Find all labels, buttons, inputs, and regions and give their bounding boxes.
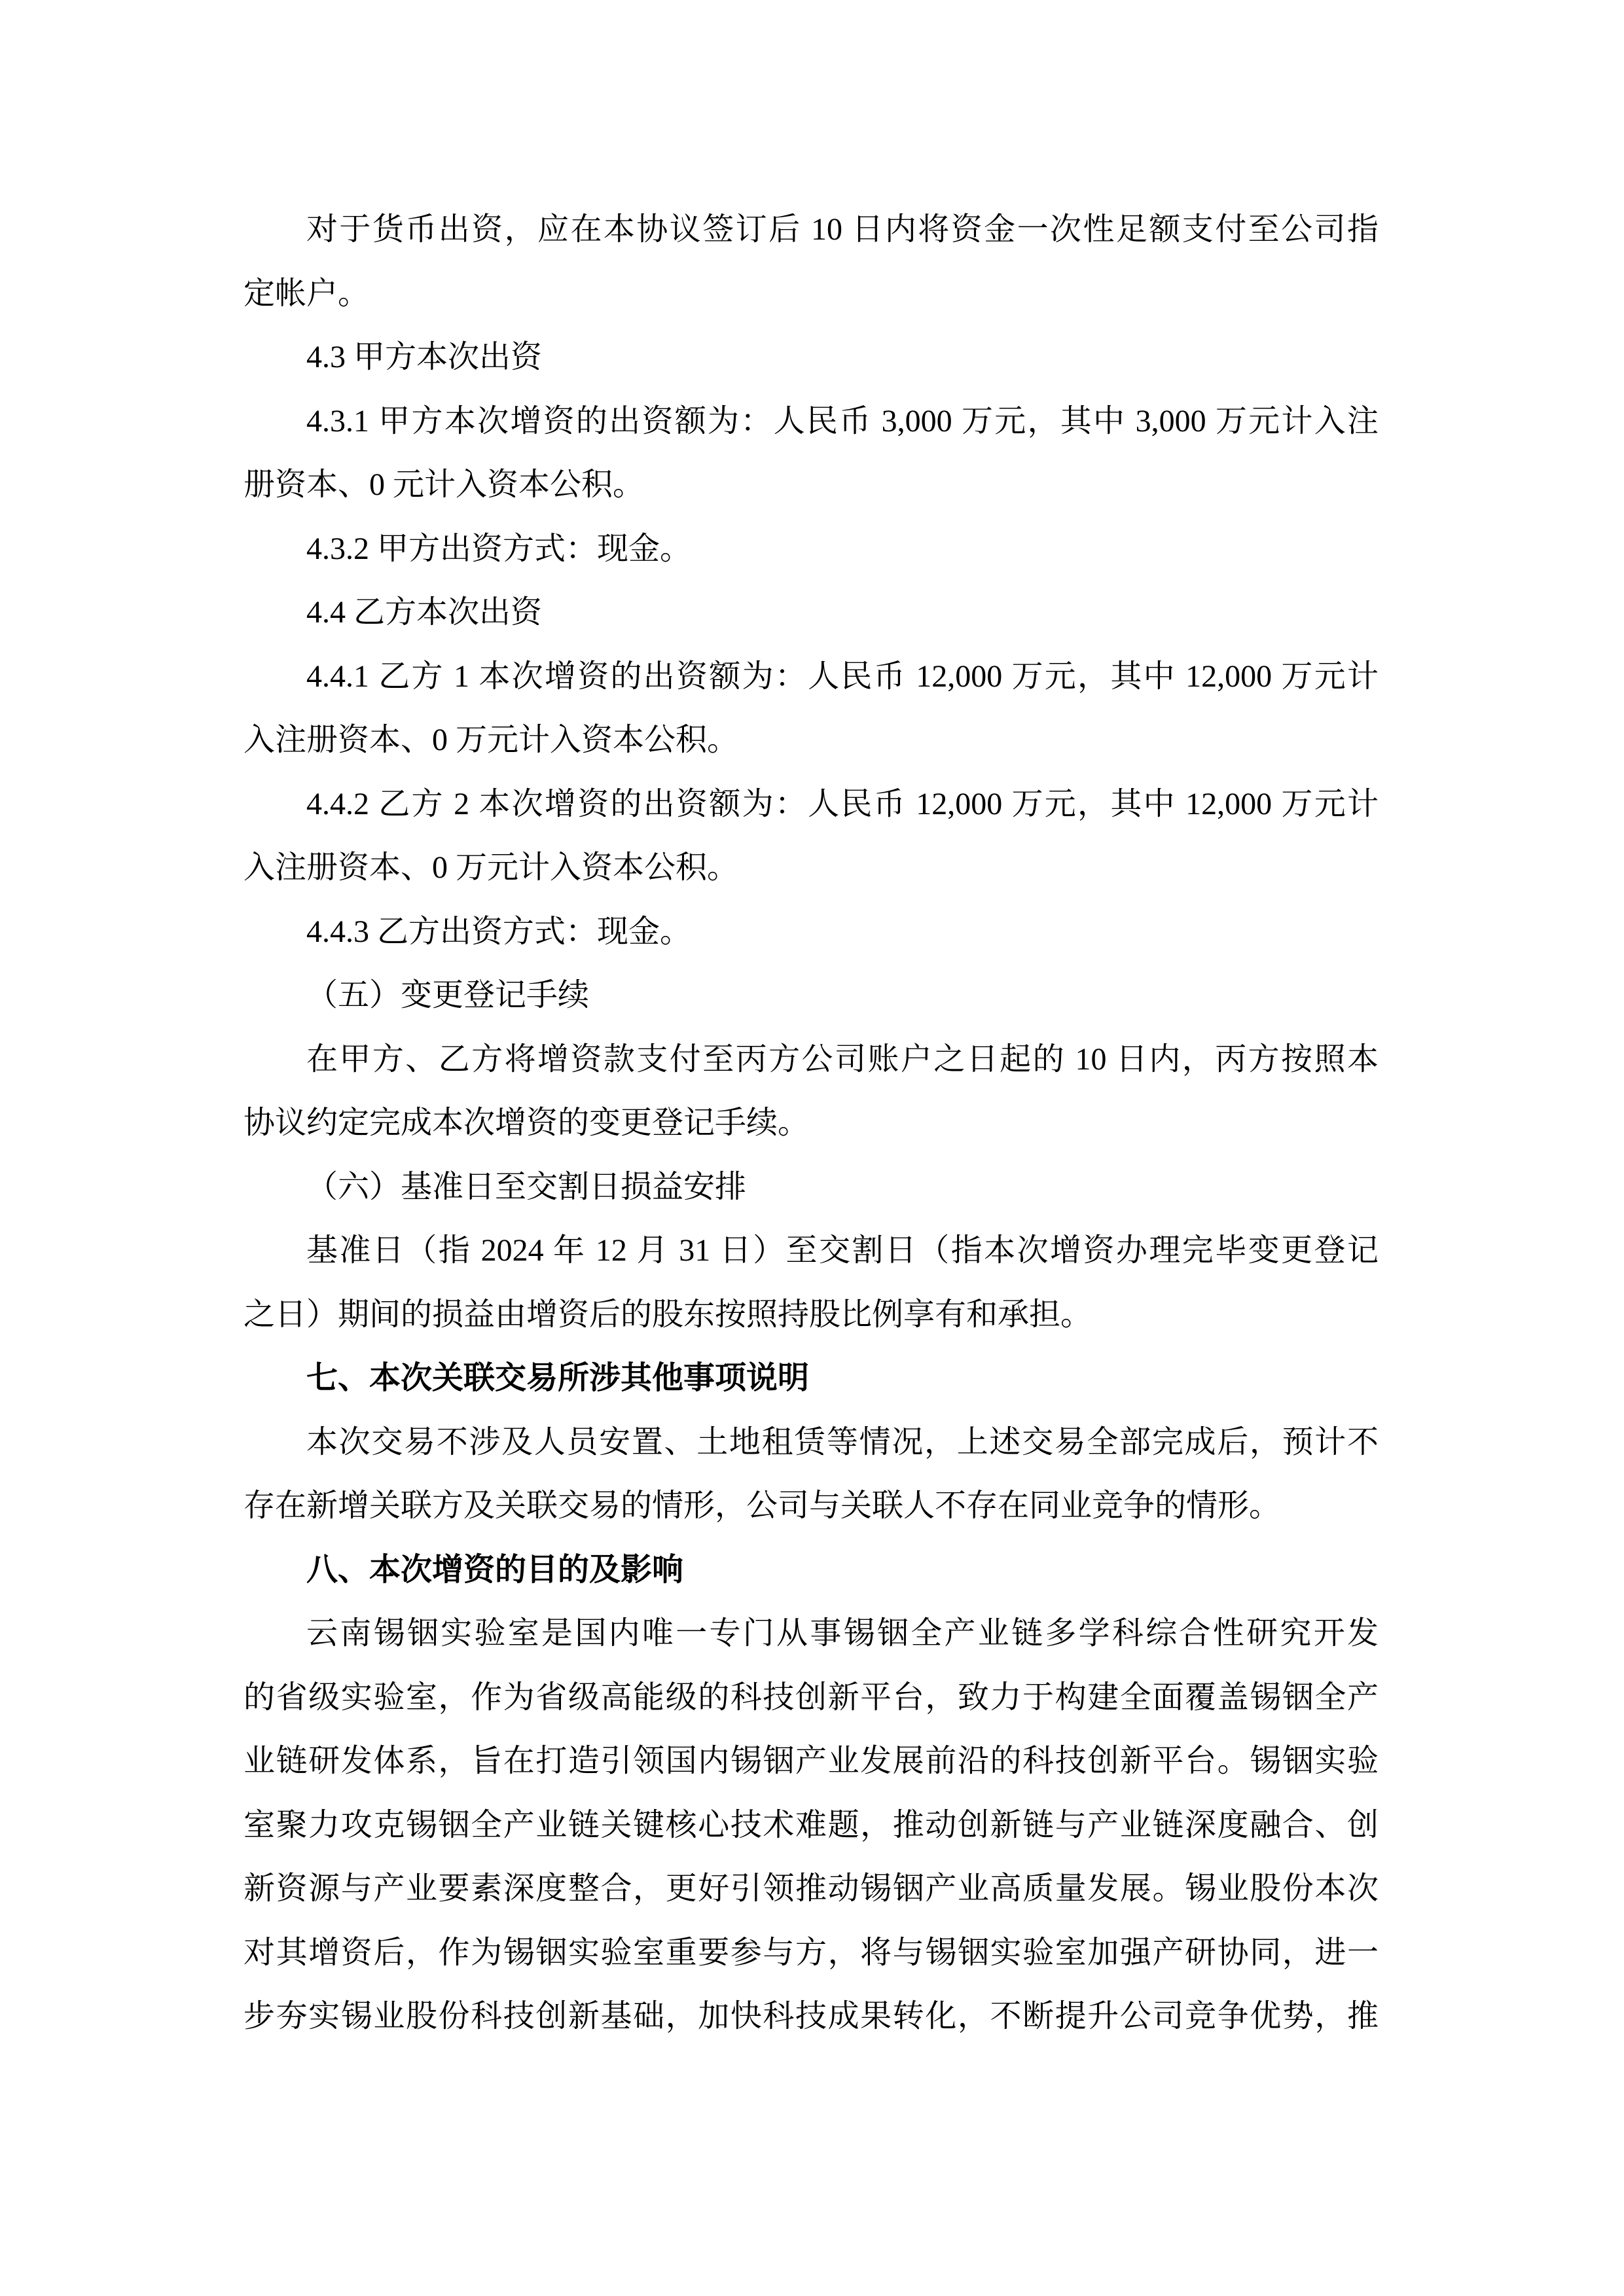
doc-line: 步夯实锡业股份科技创新基础，加快科技成果转化，不断提升公司竞争优势，推 [244,1984,1379,2049]
doc-line: 入注册资本、0 万元计入资本公积。 [244,708,1379,772]
doc-line: 4.4.1 乙方 1 本次增资的出资额为：人民币 12,000 万元，其中 12… [244,645,1379,709]
doc-line: 册资本、0 元计入资本公积。 [244,453,1379,517]
doc-line: 4.4.2 乙方 2 本次增资的出资额为：人民币 12,000 万元，其中 12… [244,772,1379,836]
document-text-block: 对于货币出资，应在本协议签订后 10 日内将资金一次性足额支付至公司指 定帐户。… [244,198,1379,2049]
doc-line: 对其增资后，作为锡铟实验室重要参与方，将与锡铟实验室加强产研协同，进一 [244,1921,1379,1985]
section-heading-8: 八、本次增资的目的及影响 [244,1538,1379,1602]
doc-line: 新资源与产业要素深度整合，更好引领推动锡铟产业高质量发展。锡业股份本次 [244,1857,1379,1921]
document-page: 对于货币出资，应在本协议签订后 10 日内将资金一次性足额支付至公司指 定帐户。… [0,0,1624,2296]
doc-line: 在甲方、乙方将增资款支付至丙方公司账户之日起的 10 日内，丙方按照本 [244,1028,1379,1092]
doc-line: 入注册资本、0 万元计入资本公积。 [244,836,1379,900]
doc-line: 的省级实验室，作为省级高能级的科技创新平台，致力于构建全面覆盖锡铟全产 [244,1666,1379,1730]
doc-line: 本次交易不涉及人员安置、土地租赁等情况，上述交易全部完成后，预计不 [244,1410,1379,1475]
doc-line: 定帐户。 [244,262,1379,326]
doc-line: 之日）期间的损益由增资后的股东按照持股比例享有和承担。 [244,1283,1379,1347]
clause-heading-6: （六）基准日至交割日损益安排 [244,1155,1379,1219]
doc-line: 云南锡铟实验室是国内唯一专门从事锡铟全产业链多学科综合性研究开发 [244,1602,1379,1666]
clause-heading-4-3-2: 4.3.2 甲方出资方式：现金。 [244,517,1379,581]
clause-heading-4-3: 4.3 甲方本次出资 [244,325,1379,389]
doc-line: 存在新增关联方及关联交易的情形，公司与关联人不存在同业竞争的情形。 [244,1474,1379,1538]
doc-line: 业链研发体系，旨在打造引领国内锡铟产业发展前沿的科技创新平台。锡铟实验 [244,1729,1379,1793]
clause-heading-4-4: 4.4 乙方本次出资 [244,581,1379,645]
clause-heading-4-4-3: 4.4.3 乙方出资方式：现金。 [244,900,1379,964]
clause-heading-5: （五）变更登记手续 [244,963,1379,1028]
doc-line: 协议约定完成本次增资的变更登记手续。 [244,1091,1379,1155]
doc-line: 对于货币出资，应在本协议签订后 10 日内将资金一次性足额支付至公司指 [244,198,1379,262]
doc-line: 4.3.1 甲方本次增资的出资额为：人民币 3,000 万元，其中 3,000 … [244,389,1379,454]
section-heading-7: 七、本次关联交易所涉其他事项说明 [244,1346,1379,1410]
doc-line: 基准日（指 2024 年 12 月 31 日）至交割日（指本次增资办理完毕变更登… [244,1219,1379,1283]
doc-line: 室聚力攻克锡铟全产业链关键核心技术难题，推动创新链与产业链深度融合、创 [244,1793,1379,1857]
